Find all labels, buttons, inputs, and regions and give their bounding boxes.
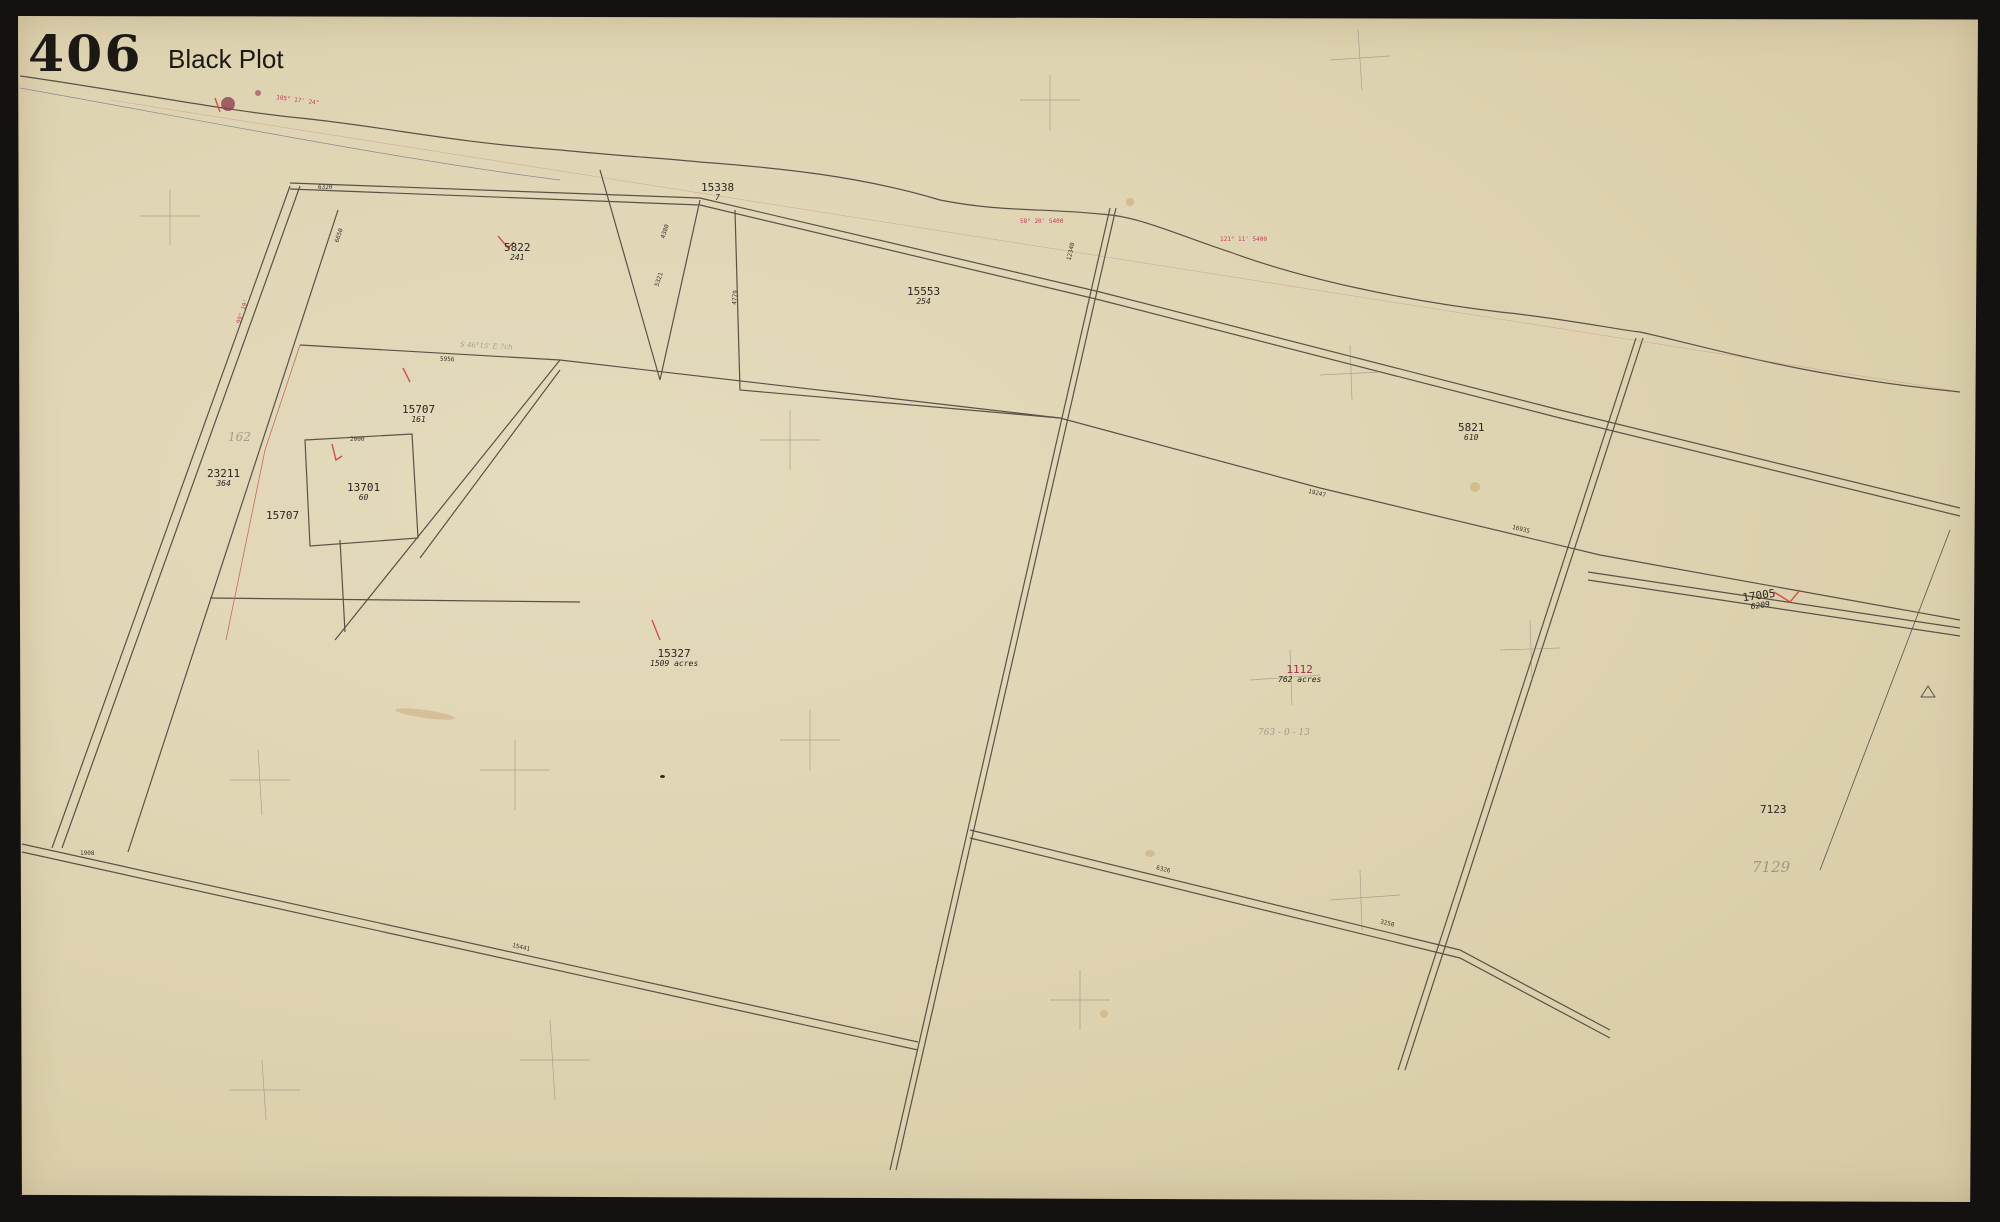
parcel-7123: 7123 — [1760, 804, 1787, 816]
parcel-id: 5821 — [1458, 422, 1485, 434]
ink-dot — [660, 775, 665, 778]
parcel-id: 1112 — [1278, 664, 1321, 676]
pencil-note: 162 — [228, 430, 251, 444]
parcel-id: 23211 — [207, 468, 240, 480]
distance-label: 6320 — [318, 184, 332, 191]
parcel-id: 15553 — [907, 286, 940, 298]
parcel-area: 7 — [701, 194, 734, 202]
distance-label: 1908 — [80, 850, 94, 857]
stain — [1100, 1010, 1108, 1018]
stain — [1126, 198, 1134, 206]
parcel-5821: 5821 610 — [1458, 422, 1485, 442]
parcel-area: 364 — [207, 480, 240, 488]
parcel-15327: 15327 1509 acres — [650, 648, 698, 668]
parcel-area: 60 — [347, 494, 380, 502]
distance-label: 5956 — [440, 356, 455, 364]
parcel-15553: 15553 254 — [907, 286, 940, 306]
parcel-1112: 1112 762 acres — [1278, 664, 1321, 684]
parcel-area: 610 — [1458, 434, 1485, 442]
parcel-15338: 15338 7 — [701, 182, 734, 202]
parcel-15707-north: 15707 161 — [402, 404, 435, 424]
distance-label: 2000 — [350, 436, 364, 443]
parcel-5822: 5822 241 — [504, 242, 531, 262]
pencil-note: 763 - 0 - 13 — [1258, 728, 1310, 738]
parcel-id: 15338 — [701, 182, 734, 194]
distance-label: 4779 — [731, 290, 739, 305]
bearing-label: 121° 11' 5400 — [1220, 236, 1267, 243]
plot-title: Black Plot — [168, 44, 284, 75]
parcel-id: 7123 — [1760, 804, 1787, 816]
plot-number-stamp: 406 — [28, 26, 143, 84]
parcel-23211: 23211 364 — [207, 468, 240, 488]
pencil-note: 7129 — [1752, 858, 1790, 876]
parcel-area: 254 — [907, 298, 940, 306]
parcel-id: 15327 — [650, 648, 698, 660]
parcel-id: 15707 — [266, 510, 299, 522]
parcel-area: 1509 acres — [650, 660, 698, 668]
parcel-13701: 13701 60 — [347, 482, 380, 502]
parcel-id: 13701 — [347, 482, 380, 494]
stain — [1145, 850, 1155, 857]
parcel-id: 5822 — [504, 242, 531, 254]
bearing-label: 58° 20' 5400 — [1020, 218, 1063, 225]
parcel-id: 15707 — [402, 404, 435, 416]
parcel-area: 161 — [402, 416, 435, 424]
parcel-area: 762 acres — [1278, 676, 1321, 684]
stain — [1470, 482, 1480, 492]
parcel-area: 241 — [504, 254, 531, 262]
parcel-15707-south: 15707 — [266, 510, 299, 522]
survey-linework — [0, 0, 2000, 1222]
